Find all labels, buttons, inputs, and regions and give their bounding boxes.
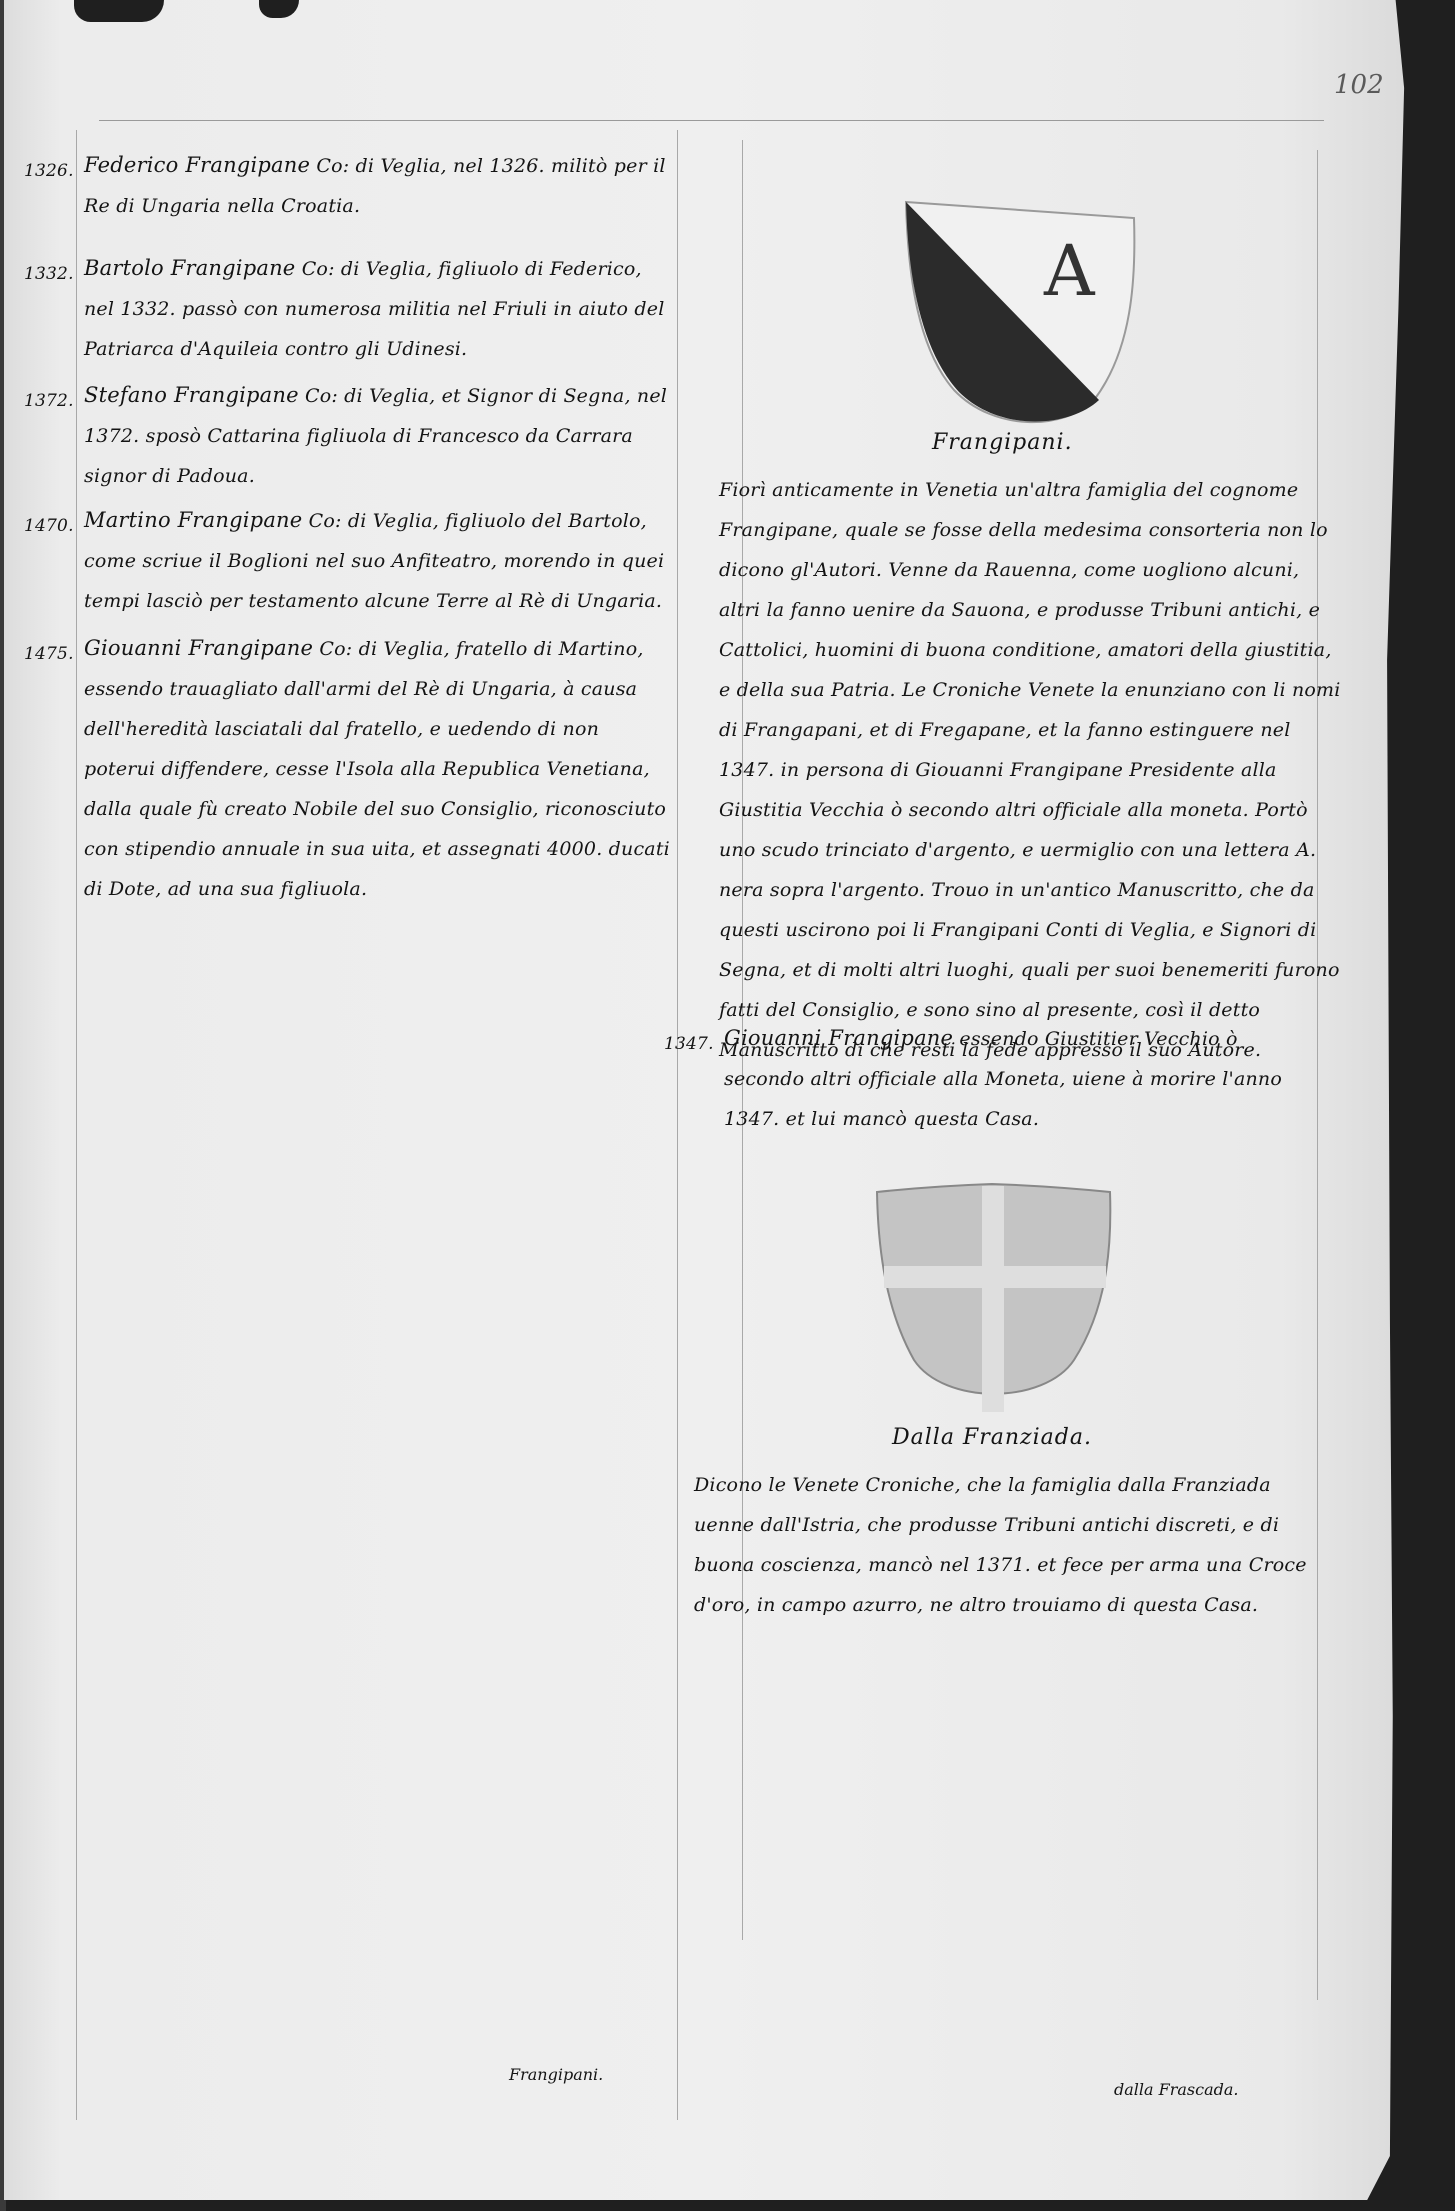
entry-year: 1475. — [24, 634, 74, 674]
frangipani-coat-of-arms-icon: A — [904, 200, 1144, 430]
torn-edge — [74, 0, 164, 22]
entry-name: Giouanni Frangipane — [84, 636, 313, 660]
entry-name: Bartolo Frangipane — [84, 256, 295, 280]
entry-year: 1470. — [24, 506, 74, 546]
entry-federico: 1326. Federico Frangipane Co: di Veglia,… — [24, 145, 674, 226]
dalla-franziada-caption: Dalla Franziada. — [892, 1425, 1092, 1450]
entry-stefano: 1372. Stefano Frangipane Co: di Veglia, … — [24, 375, 674, 496]
dalla-franziada-coat-of-arms-icon — [874, 1180, 1114, 1420]
entry-year: 1372. — [24, 381, 74, 421]
manuscript-page: 102 1326. Federico Frangipane Co: di Veg… — [4, 0, 1424, 2200]
entry-year: 1326. — [24, 151, 74, 191]
entry-name: Giouanni Frangipane — [724, 1026, 953, 1050]
entry-giouanni-1475: 1475. Giouanni Frangipane Co: di Veglia,… — [24, 628, 674, 909]
left-catchword: Frangipani. — [509, 2065, 603, 2084]
shield-charge-letter: A — [1043, 230, 1096, 312]
folio-number: 102 — [1334, 70, 1384, 100]
entry-name: Stefano Frangipane — [84, 383, 299, 407]
entry-year: 1347. — [664, 1024, 714, 1064]
right-catchword: dalla Frascada. — [1114, 2080, 1239, 2099]
frangipani-caption: Frangipani. — [932, 430, 1073, 455]
dalla-franziada-paragraph: Dicono le Venete Croniche, che la famigl… — [694, 1465, 1324, 1625]
entry-martino: 1470. Martino Frangipane Co: di Veglia, … — [24, 500, 674, 621]
entry-year: 1332. — [24, 254, 74, 294]
torn-edge — [259, 0, 299, 18]
entry-giouanni-1347: 1347. Giouanni Frangipane essendo Giusti… — [664, 1018, 1324, 1139]
entry-text: Co: di Veglia, fratello di Martino, esse… — [84, 638, 670, 900]
frangipani-paragraph: Fiorì anticamente in Venetia un'altra fa… — [719, 470, 1344, 1070]
entry-name: Martino Frangipane — [84, 508, 302, 532]
entry-name: Federico Frangipane — [84, 153, 310, 177]
top-ruling-line — [99, 120, 1324, 121]
entry-bartolo: 1332. Bartolo Frangipane Co: di Veglia, … — [24, 248, 674, 369]
